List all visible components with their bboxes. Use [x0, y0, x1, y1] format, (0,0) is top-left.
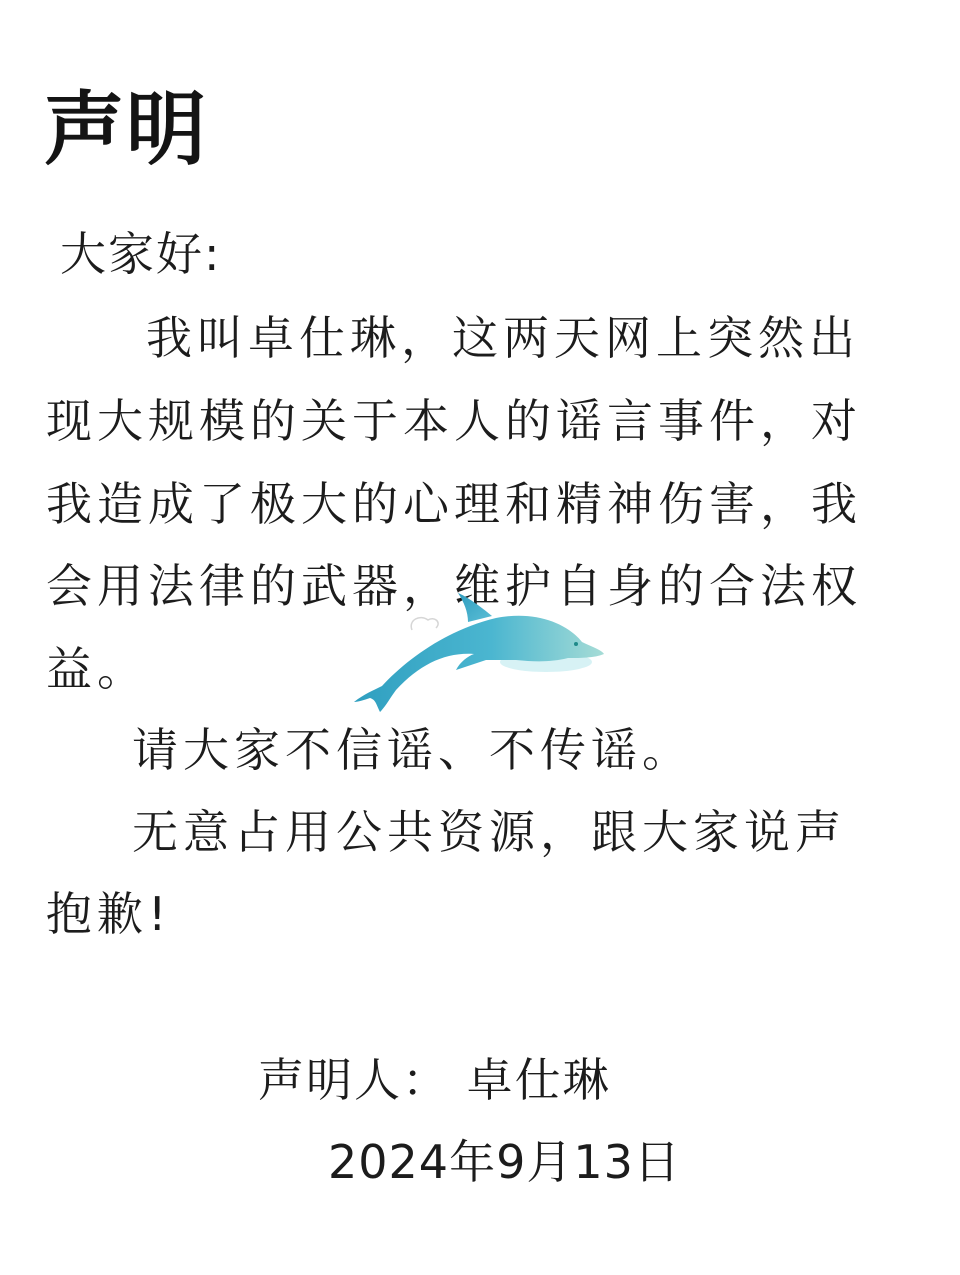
body-line: 益。	[46, 641, 148, 697]
dolphin-icon	[346, 590, 608, 714]
document-title: 声明	[44, 82, 208, 178]
greeting: 大家好:	[60, 226, 222, 282]
body-line: 抱歉!	[46, 886, 171, 942]
statement-document: 声明 大家好: 我叫卓仕琳，这两天网上突然出 现大规模的关于本人的谣言事件，对 …	[0, 0, 960, 1275]
statement-date: 2024年9月13日	[328, 1134, 681, 1190]
body-line: 我造成了极大的心理和精神伤害，我	[46, 476, 862, 532]
signature: 声明人： 卓仕琳	[258, 1052, 611, 1108]
body-paragraph-2: 请大家不信谣、不传谣。	[132, 722, 693, 778]
body-line: 现大规模的关于本人的谣言事件，对	[46, 393, 862, 449]
body-line: 我叫卓仕琳，这两天网上突然出	[146, 310, 860, 366]
body-line: 无意占用公共资源，跟大家说声	[132, 804, 846, 860]
